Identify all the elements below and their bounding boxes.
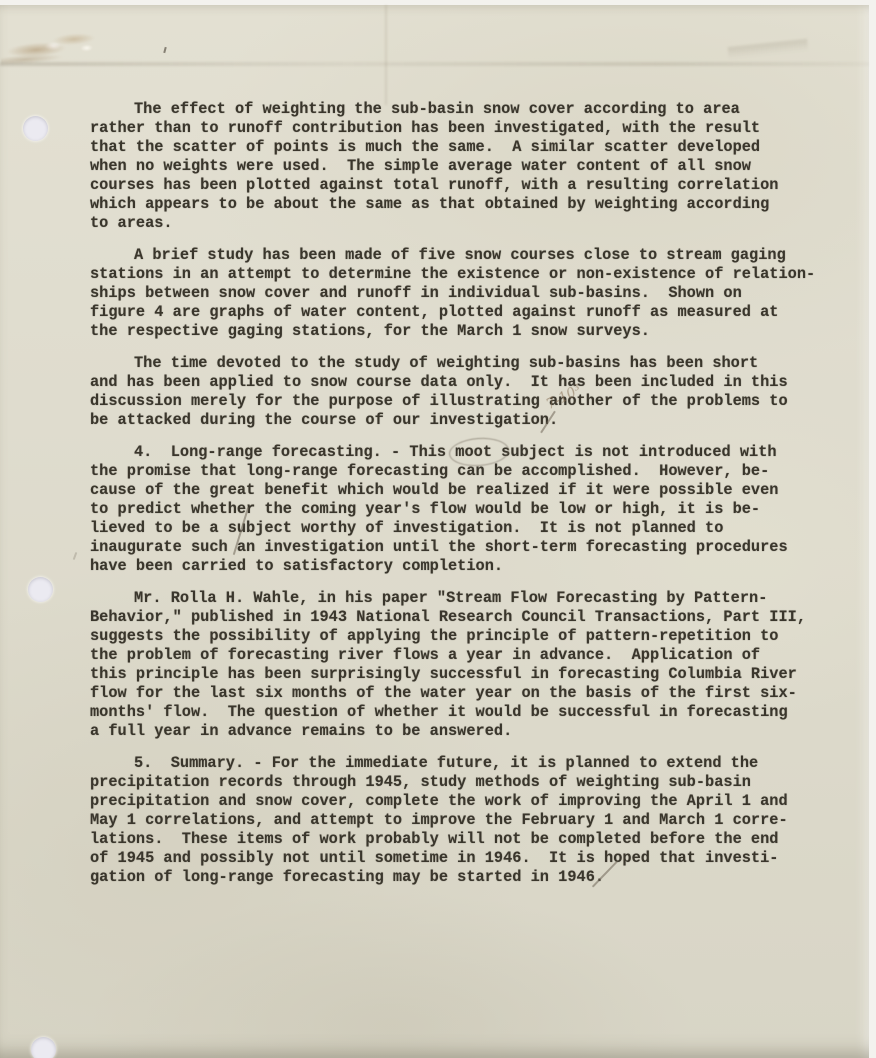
text-line: cause of the great benefit which would b… bbox=[90, 481, 850, 500]
text-line: have been carried to satisfactory comple… bbox=[90, 557, 850, 576]
text-line: figure 4 are graphs of water content, pl… bbox=[90, 303, 850, 322]
text-line: and has been applied to snow course data… bbox=[90, 373, 850, 392]
text-line: lieved to be a subject worthy of investi… bbox=[90, 519, 850, 538]
text-line: precipitation and snow cover, complete t… bbox=[90, 792, 850, 811]
punch-hole bbox=[23, 116, 48, 141]
text-line: the problem of forecasting river flows a… bbox=[90, 646, 850, 665]
text-line: gation of long-range forecasting may be … bbox=[90, 868, 850, 887]
text-line: be attacked during the course of our inv… bbox=[90, 411, 850, 430]
text-line: inaugurate such an investigation until t… bbox=[90, 538, 850, 557]
text-line: 5. Summary. - For the immediate future, … bbox=[90, 754, 850, 773]
text-line: A brief study has been made of five snow… bbox=[90, 246, 850, 265]
text-line: a full year in advance remains to be ans… bbox=[90, 722, 850, 741]
text-line: to predict whether the coming year's flo… bbox=[90, 500, 850, 519]
punch-hole bbox=[28, 577, 53, 602]
text-line: The effect of weighting the sub-basin sn… bbox=[90, 100, 850, 119]
paragraph: Mr. Rolla H. Wahle, in his paper "Stream… bbox=[90, 589, 850, 741]
paper-sheet: The effect of weighting the sub-basin sn… bbox=[0, 5, 869, 1058]
text-line: discussion merely for the purpose of ill… bbox=[90, 392, 850, 411]
pencil-tick-margin bbox=[73, 552, 78, 560]
text-line: lations. These items of work probably wi… bbox=[90, 830, 850, 849]
text-line: of 1945 and possibly not until sometime … bbox=[90, 849, 850, 868]
text-line: precipitation records through 1945, stud… bbox=[90, 773, 850, 792]
paragraph-5-summary: 5. Summary. - For the immediate future, … bbox=[90, 754, 850, 887]
text-line: that the scatter of points is much the s… bbox=[90, 138, 850, 157]
text-line: suggests the possibility of applying the… bbox=[90, 627, 850, 646]
scanned-typewritten-page: { "doc": { "paragraphs": [ { "lines": [ … bbox=[0, 0, 876, 1058]
text-line: months' flow. The question of whether it… bbox=[90, 703, 850, 722]
paragraph: The time devoted to the study of weighti… bbox=[90, 354, 850, 430]
paragraph: A brief study has been made of five snow… bbox=[90, 246, 850, 341]
text-line: flow for the last six months of the wate… bbox=[90, 684, 850, 703]
text-line: to areas. bbox=[90, 214, 850, 233]
text-line: rather than to runoff contribution has b… bbox=[90, 119, 850, 138]
horizontal-crease bbox=[0, 62, 869, 66]
ink-speck bbox=[163, 47, 166, 53]
text-line: when no weights were used. The simple av… bbox=[90, 157, 850, 176]
text-line: Behavior," published in 1943 National Re… bbox=[90, 608, 850, 627]
punch-hole bbox=[31, 1037, 56, 1058]
typewritten-text: The effect of weighting the sub-basin sn… bbox=[90, 100, 850, 900]
vertical-crease bbox=[385, 5, 387, 105]
text-line: courses has been plotted against total r… bbox=[90, 176, 850, 195]
text-line: stations in an attempt to determine the … bbox=[90, 265, 850, 284]
paragraph: The effect of weighting the sub-basin sn… bbox=[90, 100, 850, 233]
text-line: this principle has been surprisingly suc… bbox=[90, 665, 850, 684]
text-line: the respective gaging stations, for the … bbox=[90, 322, 850, 341]
text-line: ships between snow cover and runoff in i… bbox=[90, 284, 850, 303]
text-line: Mr. Rolla H. Wahle, in his paper "Stream… bbox=[90, 589, 850, 608]
text-line: which appears to be about the same as th… bbox=[90, 195, 850, 214]
pencil-smudge bbox=[728, 39, 809, 59]
text-line: The time devoted to the study of weighti… bbox=[90, 354, 850, 373]
text-line: May 1 correlations, and attempt to impro… bbox=[90, 811, 850, 830]
